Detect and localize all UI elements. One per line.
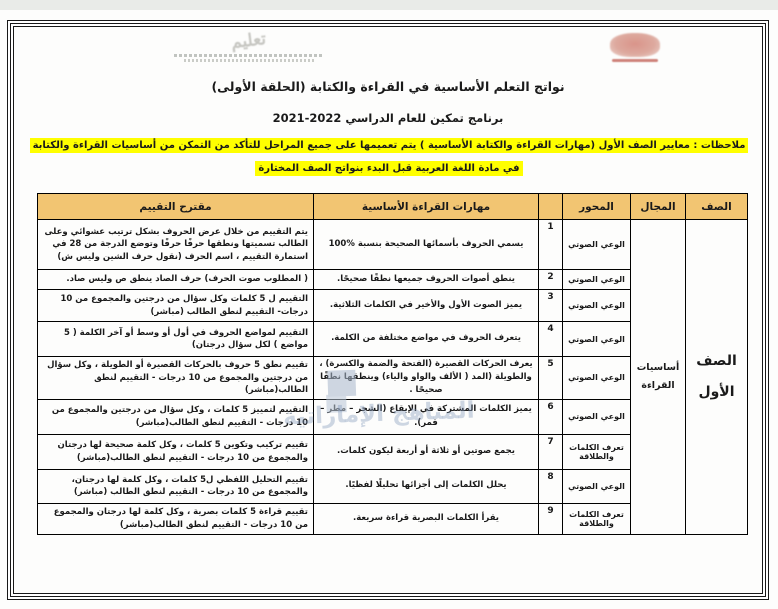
axis-cell: تعرف الكلمات والطلاقة (563, 434, 631, 469)
header-grade: الصف (686, 194, 748, 220)
domain-cell: أساسيات القراءة (631, 220, 686, 535)
notes-paragraph: ملاحظات : معايير الصف الأول (مهارات القر… (28, 135, 750, 180)
assessment-cell: يتم التقييم من خلال عرض الحروف بشكل ترتي… (38, 220, 314, 270)
assessment-cell: تقييم قراءة 5 كلمات بصرية ، وكل كلمة لها… (38, 503, 314, 534)
skill-cell: ينطق أصوات الحروف جميعها نطقًا صحيحًا. (314, 270, 539, 290)
skill-cell: يجمع صوتين أو ثلاثة أو أربعة ليكون كلمات… (314, 434, 539, 469)
skill-cell: يميز الصوت الأول والأخير في الكلمات الثل… (314, 290, 539, 322)
page-top-strip (0, 0, 778, 10)
row-number: 8 (539, 469, 563, 503)
emirates-schools-establishment-logo: تعليم (154, 31, 344, 64)
table-row: الصف الأول أساسيات القراءة الوعي الصوتي … (38, 220, 748, 270)
row-number: 6 (539, 399, 563, 434)
row-number: 9 (539, 503, 563, 534)
axis-cell: الوعي الصوتي (563, 270, 631, 290)
uae-emblem-logo (606, 33, 664, 67)
assessment-cell: تقييم التحليل اللفظي ل5 كلمات ، وكل كلمة… (38, 469, 314, 503)
table-header-row: الصف المجال المحور مهارات القراءة الأساس… (38, 194, 748, 220)
skill-cell: يميز الكلمات المشتركة في الإيقاع (الشجر … (314, 399, 539, 434)
axis-cell: الوعي الصوتي (563, 220, 631, 270)
assessment-cell: التقييم لمواضع الحروف في أول أو وسط أو آ… (38, 322, 314, 357)
outcomes-table: الصف المجال المحور مهارات القراءة الأساس… (37, 193, 748, 535)
axis-cell: الوعي الصوتي (563, 322, 631, 357)
axis-cell: الوعي الصوتي (563, 290, 631, 322)
header-skills: مهارات القراءة الأساسية (314, 194, 539, 220)
page-subtitle: برنامج تمكين للعام الدراسي 2022-2021 (14, 111, 762, 125)
page-frame-border: تعليم نواتج التعلم الأساسية في القراءة و… (13, 26, 763, 594)
header-assessment: مقترح التقييم (38, 194, 314, 220)
axis-cell: الوعي الصوتي (563, 357, 631, 400)
skill-cell: يتعرف الحروف في مواضع مختلفة من الكلمة. (314, 322, 539, 357)
notes-highlight: ملاحظات : معايير الصف الأول (مهارات القر… (30, 138, 749, 176)
logo-script-text: تعليم (230, 29, 267, 53)
row-number: 5 (539, 357, 563, 400)
logo-caption-lines (154, 54, 344, 62)
document-page: تعليم نواتج التعلم الأساسية في القراءة و… (0, 0, 778, 609)
assessment-cell: تقييم تركيب وتكوين 5 كلمات ، وكل كلمة صح… (38, 434, 314, 469)
uae-emblem-base (612, 59, 658, 62)
logo-caption-line-2 (184, 59, 314, 62)
uae-emblem-shape (610, 33, 660, 57)
row-number: 1 (539, 220, 563, 270)
header-number (539, 194, 563, 220)
outcomes-table-wrap: الصف المجال المحور مهارات القراءة الأساس… (36, 193, 748, 535)
header-domain: المجال (631, 194, 686, 220)
page-title: نواتج التعلم الأساسية في القراءة والكتاب… (14, 79, 762, 94)
assessment-cell: تقييم نطق 5 حروف بالحركات القصيرة أو الط… (38, 357, 314, 400)
skill-cell: يحلل الكلمات إلى أجزائها تحليلًا لفظيًا. (314, 469, 539, 503)
skill-cell: يسمي الحروف بأسمائها الصحيحة بنسبة %100 (314, 220, 539, 270)
skill-cell: يعرف الحركات القصيرة (الفتحة والضمة والك… (314, 357, 539, 400)
row-number: 2 (539, 270, 563, 290)
assessment-cell: التقييم ل 5 كلمات وكل سؤال من درجتين وال… (38, 290, 314, 322)
assessment-cell: ( المطلوب صوت الحرف) حرف الصاد ينطق ص ول… (38, 270, 314, 290)
axis-cell: الوعي الصوتي (563, 469, 631, 503)
header-axis: المحور (563, 194, 631, 220)
row-number: 3 (539, 290, 563, 322)
skill-cell: يقرأ الكلمات البصرية قراءة سريعة. (314, 503, 539, 534)
logo-caption-line-1 (174, 54, 324, 57)
row-number: 4 (539, 322, 563, 357)
row-number: 7 (539, 434, 563, 469)
grade-cell: الصف الأول (686, 220, 748, 535)
axis-cell: تعرف الكلمات والطلاقة (563, 503, 631, 534)
axis-cell: الوعي الصوتي (563, 399, 631, 434)
assessment-cell: التقييم لتمييز 5 كلمات ، وكل سؤال من درج… (38, 399, 314, 434)
